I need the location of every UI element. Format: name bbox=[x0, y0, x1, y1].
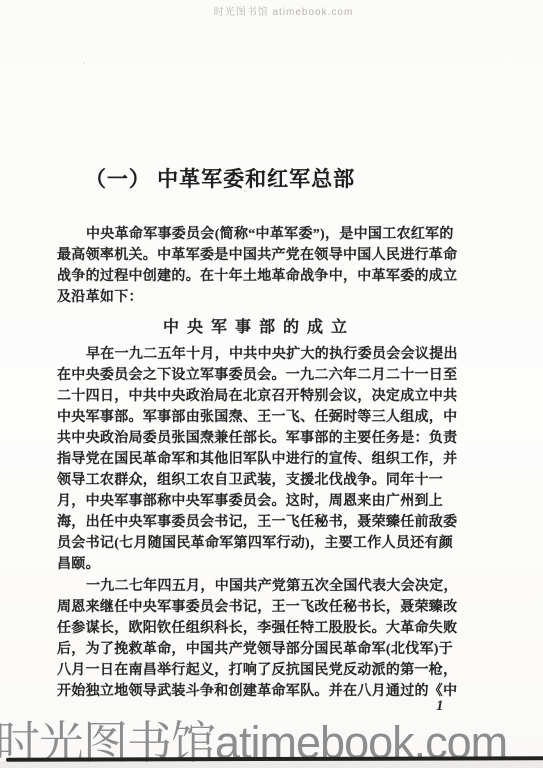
text-line: 早在一九二五年十月，中共中央扩大的执行委员会会议提出 bbox=[57, 344, 459, 365]
text-line: 开始独立地领导武装斗争和创建革命军队。并在八月通过的《中 bbox=[57, 681, 459, 702]
scan-speckle bbox=[83, 62, 85, 64]
text-line: 二十四日，中共中央政治局在北京召开特别会议，决定成立中共 bbox=[57, 386, 459, 407]
text-line: 及沿革如下： bbox=[57, 287, 459, 308]
text-line: 月，中央军事部称中央军事委员会。这时，周恩来由广州到上 bbox=[57, 491, 459, 512]
text-line: 战争的过程中创建的。在十年土地革命战争中，中革军委的成立 bbox=[57, 266, 459, 287]
text-line: 最高领率机关。中革军委是中国共产党在领导中国人民进行革命 bbox=[57, 245, 459, 266]
scanned-book-page: 时光图书馆 atimebook.com （一） 中革军委和红军总部 中央革命军事… bbox=[0, 0, 543, 768]
text-line: 中央军事部。军事部由张国焘、王一飞、任弼时等三人组成，中 bbox=[57, 407, 459, 428]
text-line: 领导工农群众，组织工农自卫武装，支援北伐战争。同年十一 bbox=[57, 470, 459, 491]
text-line: 海，出任中央军事委员会书记，王一飞任秘书，聂荣臻任前敌委 bbox=[57, 512, 459, 533]
text-line: 任参谋长，欧阳钦任组织科长，李强任特工股股长。大革命失败 bbox=[57, 618, 459, 639]
continuation-paragraph: 一九二七年四五月，中国共产党第五次全国代表大会决定，周恩来继任中央军事委员会书记… bbox=[57, 576, 459, 702]
watermark-top: 时光图书馆 atimebook.com bbox=[12, 3, 543, 18]
scan-speckle bbox=[244, 190, 247, 192]
chapter-title: （一） 中革军委和红军总部 bbox=[0, 163, 440, 193]
page-number: 1 bbox=[436, 698, 444, 715]
section-heading: 中央军事部的成立 bbox=[57, 314, 453, 337]
text-line: 员会书记(七月随国民革命军第四军行动)，主要工作人员还有颜 bbox=[57, 533, 459, 554]
intro-paragraph: 中央革命军事委员会(简称“中革军委”)，是中国工农红军的最高领率机关。中革军委是… bbox=[57, 224, 459, 308]
text-line: 后，为了挽救革命，中国共产党领导部分国民革命军(北伐军)于 bbox=[57, 639, 459, 660]
text-line: 周恩来继任中央军事委员会书记，王一飞改任秘书长，聂荣臻改 bbox=[57, 597, 459, 618]
text-line: 中央革命军事委员会(简称“中革军委”)，是中国工农红军的 bbox=[57, 224, 459, 245]
text-line: 在中央委员会之下设立军事委员会。一九二六年二月二十一日至 bbox=[57, 365, 459, 386]
text-line: 指导党在国民革命军和其他旧军队中进行的宣传、组织工作，并 bbox=[57, 449, 459, 470]
body-paragraph: 早在一九二五年十月，中共中央扩大的执行委员会会议提出在中央委员会之下设立军事委员… bbox=[57, 344, 459, 575]
text-line: 共中央政治局委员张国焘兼任部长。军事部的主要任务是：负责 bbox=[57, 428, 459, 449]
text-line: 八月一日在南昌举行起义，打响了反抗国民党反动派的第一枪， bbox=[57, 660, 459, 681]
text-line: 昌颐。 bbox=[57, 554, 459, 575]
text-line: 一九二七年四五月，中国共产党第五次全国代表大会决定， bbox=[57, 576, 459, 597]
